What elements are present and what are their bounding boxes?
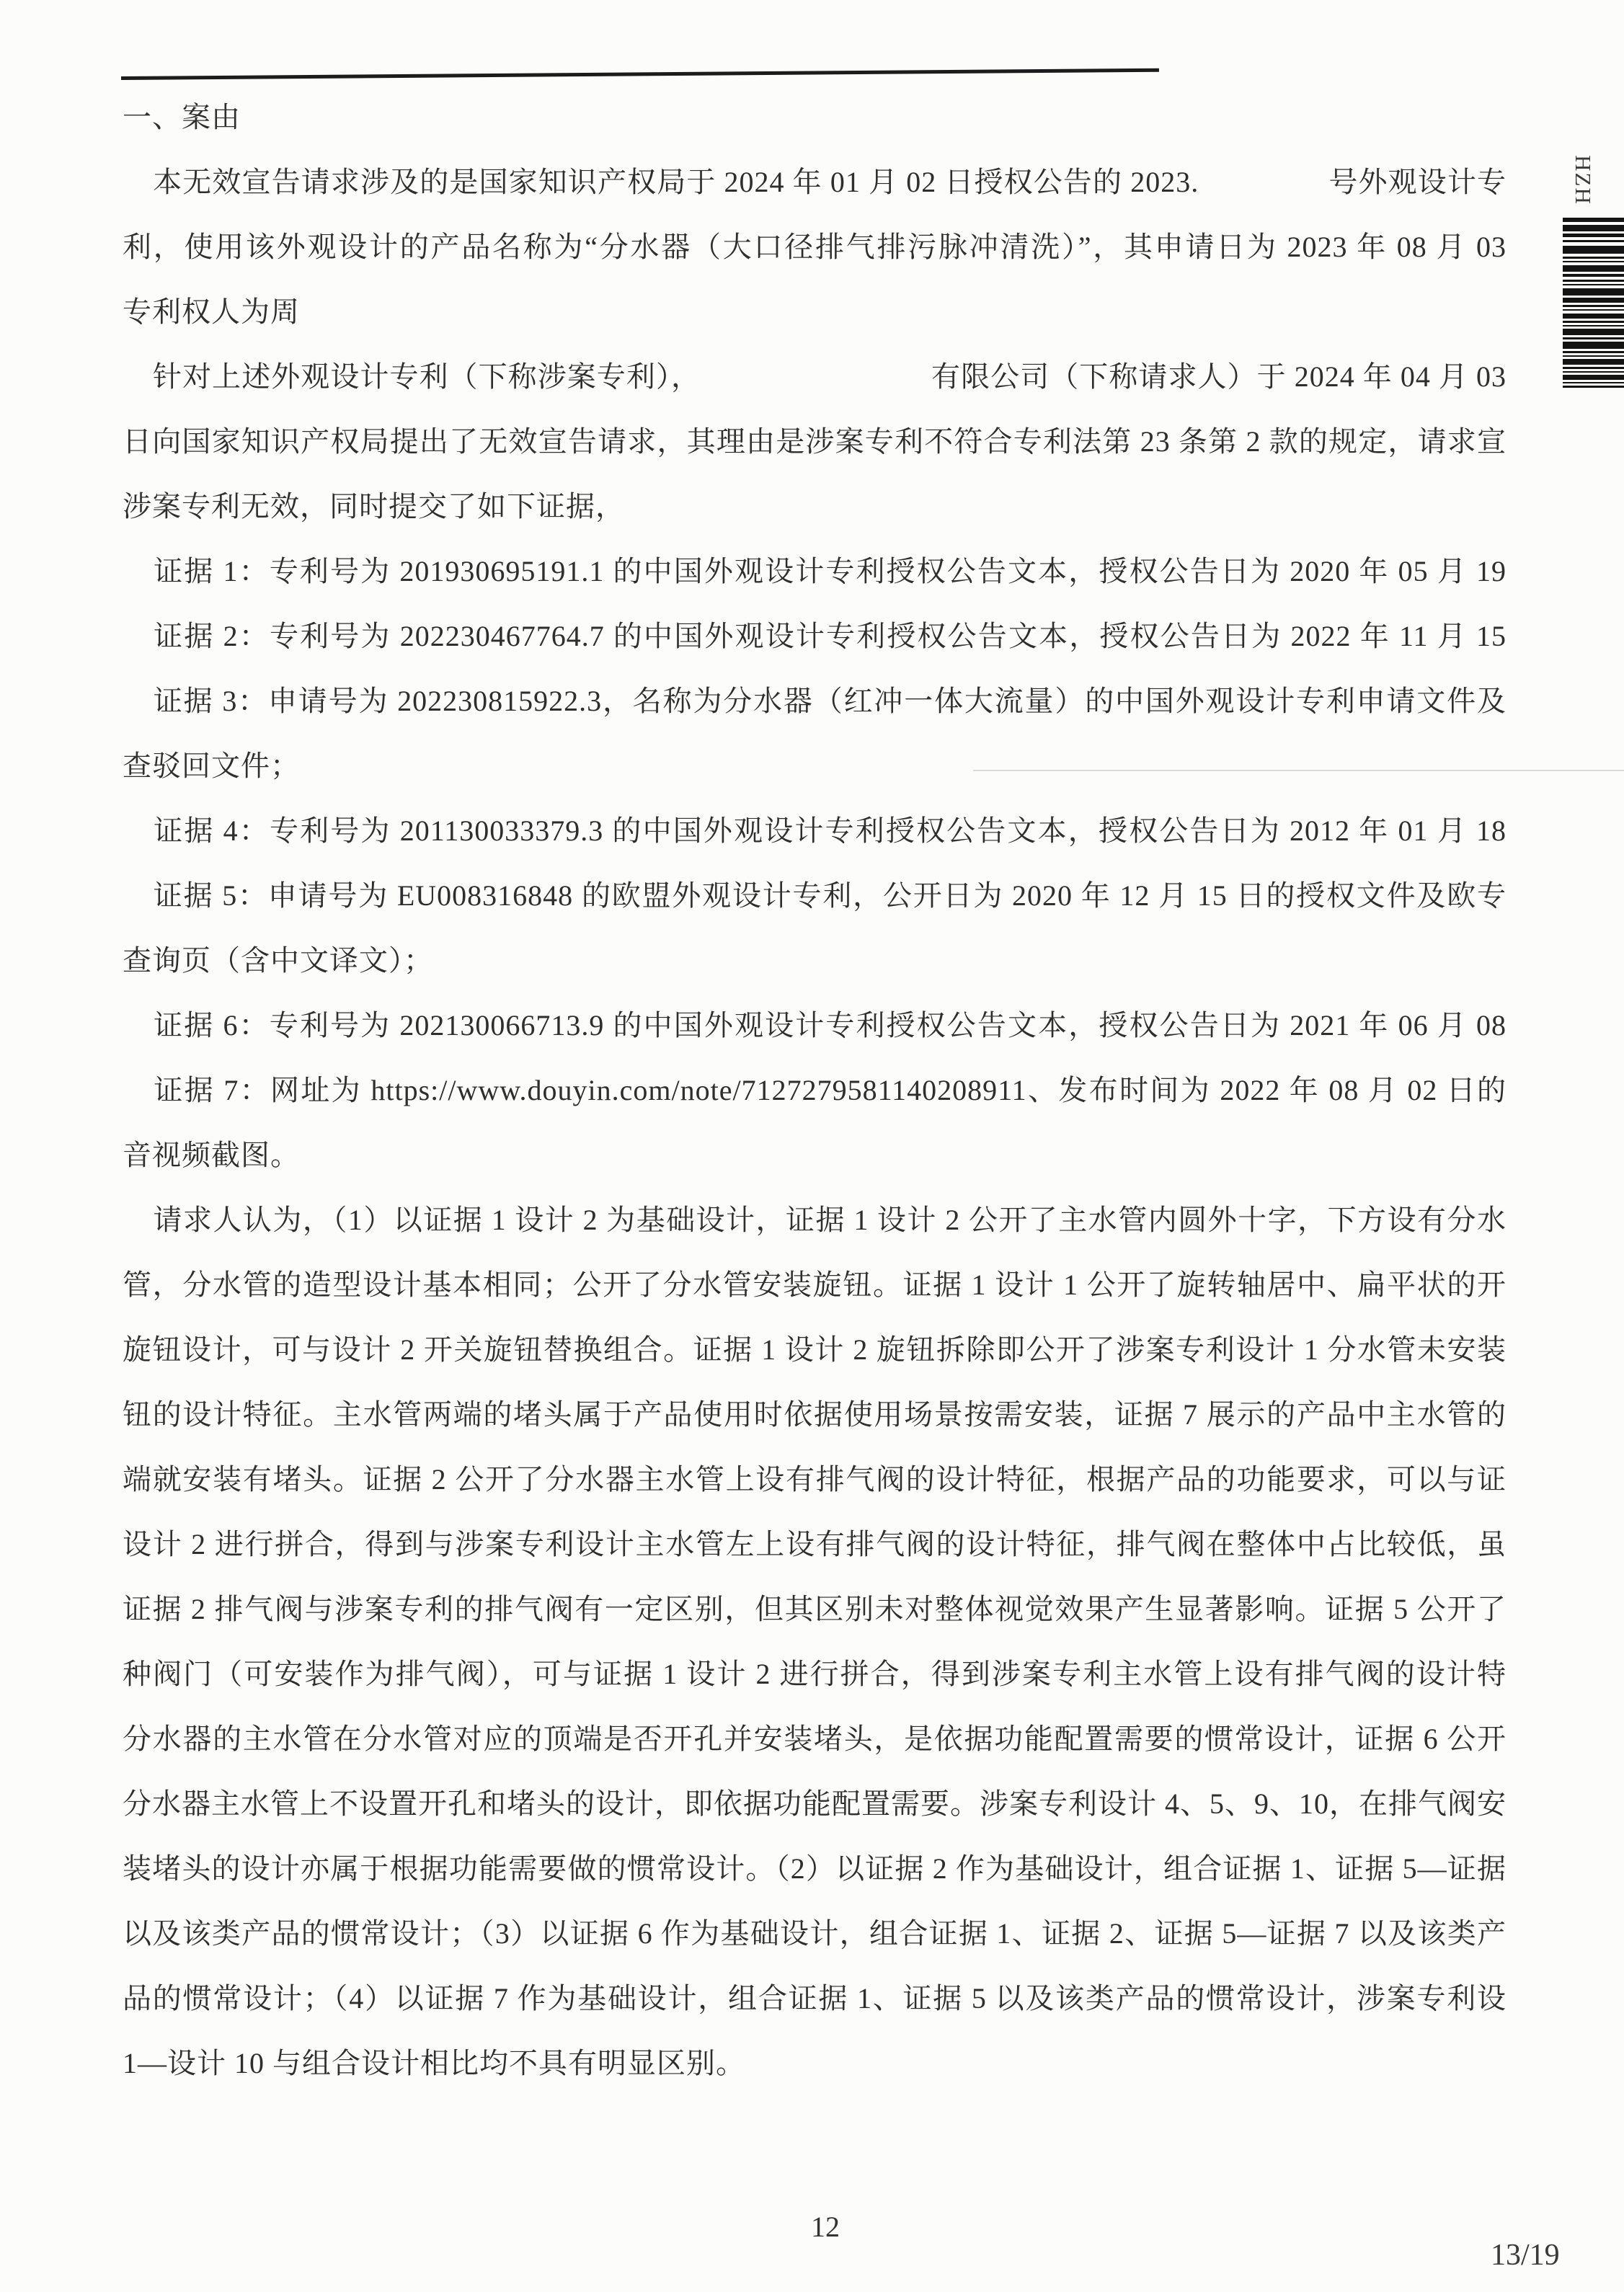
para1-line3: 专利权人为周 (123, 280, 1507, 345)
document-body: 一、案由 本无效宣告请求涉及的是国家知识产权局于 2024 年 01 月 02 … (123, 85, 1507, 2096)
argument-text1: 请求人认为，（1）以证据 1 设计 2 为基础设计，证据 1 设计 2 公开了主… (153, 1204, 1507, 1236)
argument-line11: 装堵头的设计亦属于根据功能需要做的惯常设计。（2）以证据 2 作为基础设计，组合… (123, 1836, 1507, 1901)
argument-line1: 请求人认为，（1）以证据 1 设计 2 为基础设计，证据 1 设计 2 公开了主… (123, 1188, 1507, 1253)
evidence-7-text1: 证据 7：网址为 https://www.douyin.com/note/712… (123, 1074, 1507, 1123)
argument-line2: 管，分水管的造型设计基本相同；公开了分水管安装旋钮。证据 1 设计 1 公开了旋… (123, 1253, 1507, 1318)
argument-line4: 钮的设计特征。主水管两端的堵头属于产品使用时依据使用场景按需安装，证据 7 展示… (123, 1382, 1507, 1447)
para1-line1: 本无效宣告请求涉及的是国家知识产权局于 2024 年 01 月 02 日授权公告… (123, 150, 1507, 215)
para1-line2: 利，使用该外观设计的产品名称为“分水器（大口径排气排污脉冲清洗）”，其申请日为 … (123, 215, 1507, 280)
evidence-3-line2: 查驳回文件； (123, 734, 1507, 799)
evidence-5-line1: 证据 5：申请号为 EU008316848 的欧盟外观设计专利，公开日为 202… (123, 863, 1507, 928)
evidence-5-line2: 查询页（含中文译文）； (123, 928, 1507, 993)
evidence-6-text: 证据 6：专利号为 202130066713.9 的中国外观设计专利授权公告文本… (123, 1009, 1507, 1058)
para1-line1-pre: 本无效宣告请求涉及的是国家知识产权局于 2024 年 01 月 02 日授权公告… (153, 166, 1199, 198)
header-rule (121, 68, 1159, 80)
argument-line12: 以及该类产品的惯常设计；（3）以证据 6 作为基础设计，组合证据 1、证据 2、… (123, 1901, 1507, 1966)
evidence-7-line1: 证据 7：网址为 https://www.douyin.com/note/712… (123, 1058, 1507, 1123)
evidence-2-line: 证据 2：专利号为 202230467764.7 的中国外观设计专利授权公告文本… (123, 604, 1507, 669)
para2-line1-pre: 针对上述外观设计专利（下称涉案专利）， (153, 360, 701, 393)
argument-line8: 种阀门（可安装作为排气阀），可与证据 1 设计 2 进行拼合，得到涉案专利主水管… (123, 1642, 1507, 1707)
side-label: HZH (1560, 146, 1606, 215)
argument-line6: 设计 2 进行拼合，得到与涉案专利设计主水管左上设有排气阀的设计特征，排气阀在整… (123, 1512, 1507, 1577)
redacted-petitioner-name (701, 379, 931, 386)
argument-line13: 品的惯常设计；（4）以证据 7 作为基础设计，组合证据 1、证据 5 以及该类产… (123, 1966, 1507, 2031)
para2-line1: 针对上述外观设计专利（下称涉案专利），有限公司（下称请求人）于 2024 年 0… (123, 345, 1507, 409)
section-heading: 一、案由 (123, 85, 1507, 150)
scan-artifact-line (973, 770, 1624, 771)
para2-line2: 日向国家知识产权局提出了无效宣告请求，其理由是涉案专利不符合专利法第 23 条第… (123, 409, 1507, 474)
evidence-1-text: 证据 1：专利号为 201930695191.1 的中国外观设计专利授权公告文本… (123, 555, 1507, 604)
para1-line1-post: 号外观设计专 (1328, 166, 1507, 198)
evidence-7-line2: 音视频截图。 (123, 1123, 1507, 1188)
evidence-5-text1: 证据 5：申请号为 EU008316848 的欧盟外观设计专利，公开日为 202… (123, 879, 1507, 928)
evidence-1-line: 证据 1：专利号为 201930695191.1 的中国外观设计专利授权公告文本… (123, 539, 1507, 604)
evidence-4-text: 证据 4：专利号为 201130033379.3 的中国外观设计专利授权公告文本… (123, 814, 1507, 863)
evidence-6-line: 证据 6：专利号为 202130066713.9 的中国外观设计专利授权公告文本… (123, 993, 1507, 1058)
argument-line9: 分水器的主水管在分水管对应的顶端是否开孔并安装堵头，是依据功能配置需要的惯常设计… (123, 1707, 1507, 1772)
sheet-number: 13/19 (1491, 2234, 1620, 2276)
evidence-3-text1: 证据 3：申请号为 202230815922.3，名称为分水器（红冲一体大流量）… (123, 685, 1507, 734)
barcode-icon (1563, 218, 1624, 388)
argument-line7: 证据 2 排气阀与涉案专利的排气阀有一定区别，但其区别未对整体视觉效果产生显著影… (123, 1577, 1507, 1642)
evidence-3-line1: 证据 3：申请号为 202230815922.3，名称为分水器（红冲一体大流量）… (123, 669, 1507, 734)
page-number: 12 (793, 2207, 858, 2247)
evidence-2-text: 证据 2：专利号为 202230467764.7 的中国外观设计专利授权公告文本… (123, 620, 1507, 669)
argument-line10: 分水器主水管上不设置开孔和堵头的设计，即依据功能配置需要。涉案专利设计 4、5、… (123, 1772, 1507, 1836)
scanned-patent-decision-page: HZH (0, 0, 1624, 2292)
argument-line5: 端就安装有堵头。证据 2 公开了分水器主水管上设有排气阀的设计特征，根据产品的功… (123, 1447, 1507, 1512)
para2-line1-post: 有限公司（下称请求人）于 2024 年 04 月 03 (931, 360, 1507, 393)
evidence-4-line: 证据 4：专利号为 201130033379.3 的中国外观设计专利授权公告文本… (123, 799, 1507, 863)
argument-line3: 旋钮设计，可与设计 2 开关旋钮替换组合。证据 1 设计 2 旋钮拆除即公开了涉… (123, 1318, 1507, 1382)
argument-line14: 1—设计 10 与组合设计相比均不具有明显区别。 (123, 2031, 1507, 2096)
para2-line3: 涉案专利无效，同时提交了如下证据， (123, 474, 1507, 539)
redacted-patent-number (1199, 185, 1328, 192)
